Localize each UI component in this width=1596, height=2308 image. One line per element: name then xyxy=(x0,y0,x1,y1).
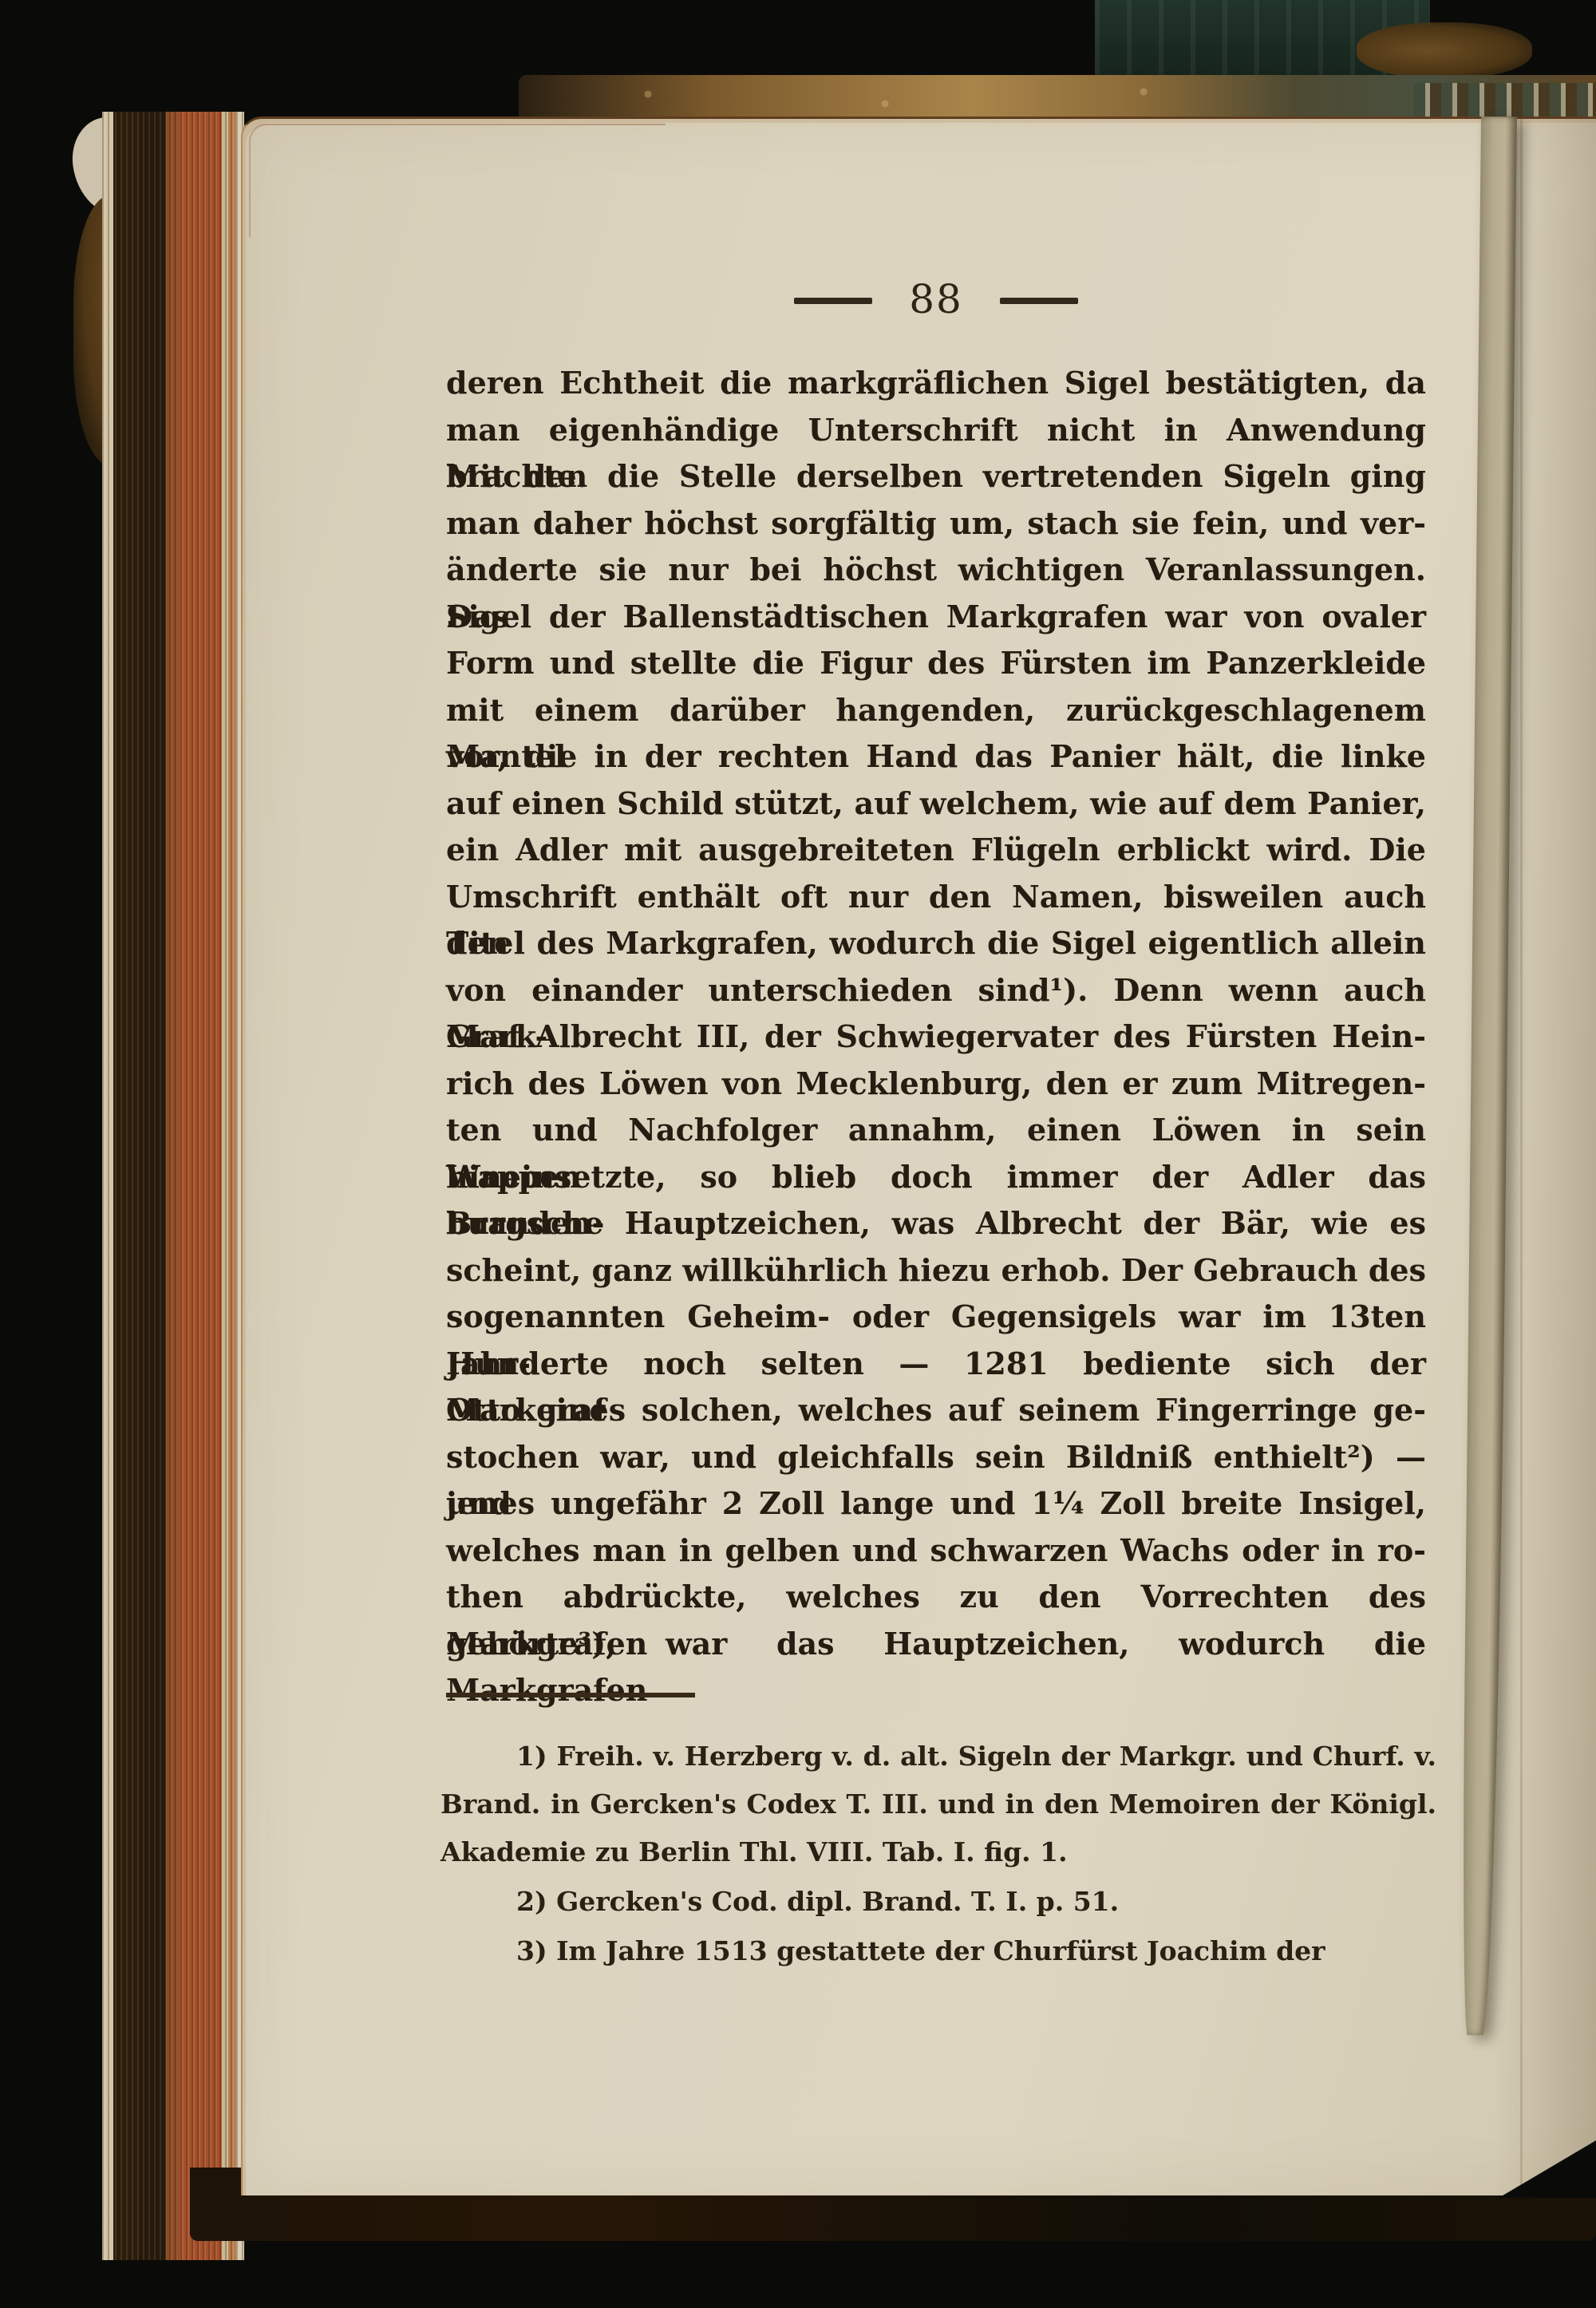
page-header: 88 xyxy=(446,275,1426,326)
page-stack-fore-edge xyxy=(102,112,244,2260)
body-line: burgsche Hauptzeichen, was Albrecht der … xyxy=(446,1200,1426,1247)
book-page: 88 deren Echtheit die markgräflichen Sig… xyxy=(241,117,1596,2195)
page-number: 88 xyxy=(909,279,963,319)
header-rule-left xyxy=(794,298,872,304)
header-rule-right xyxy=(1000,298,1078,304)
body-line: jenes ungefähr 2 Zoll lange und 1¼ Zoll … xyxy=(446,1480,1426,1527)
body-line: Hunderte noch selten — 1281 bediente sic… xyxy=(446,1341,1426,1388)
body-text: deren Echtheit die markgräflichen Sigel … xyxy=(446,360,1426,1667)
body-line: änderte sie nur bei höchst wichtigen Ver… xyxy=(446,547,1426,594)
body-line: ten und Nachfolger annahm, einen Löwen i… xyxy=(446,1107,1426,1154)
body-line: rich des Löwen von Mecklenburg, den er z… xyxy=(446,1061,1426,1108)
body-line: Titel des Markgrafen, wodurch die Sigel … xyxy=(446,920,1426,967)
body-line: Umschrift enthält oft nur den Namen, bis… xyxy=(446,874,1426,921)
footnote-separator xyxy=(446,1693,695,1697)
body-line: auf einen Schild stützt, auf welchem, wi… xyxy=(446,781,1426,828)
body-line: Form und stellte die Figur des Fürsten i… xyxy=(446,640,1426,687)
body-line: von einander unterschieden sind¹). Denn … xyxy=(446,967,1426,1014)
body-line: deren Echtheit die markgräflichen Sigel … xyxy=(446,360,1426,407)
body-line: gehörte³), war das Hauptzeichen, wodurch… xyxy=(446,1621,1426,1668)
book-headband-braid xyxy=(1414,83,1596,118)
body-line: man daher höchst sorgfältig um, stach si… xyxy=(446,500,1426,547)
footnotes: 1) Freih. v. Herzberg v. d. alt. Sigeln … xyxy=(440,1733,1436,1977)
body-line: man eigenhändige Unterschrift nicht in A… xyxy=(446,407,1426,454)
scanned-book-photo: 88 deren Echtheit die markgräflichen Sig… xyxy=(0,0,1596,2308)
body-line: Mit den die Stelle derselben vertretende… xyxy=(446,453,1426,500)
footnote: 3) Im Jahre 1513 gestattete der Churfürs… xyxy=(440,1927,1436,1975)
body-line: sogenannten Geheim- oder Gegensigels war… xyxy=(446,1294,1426,1341)
footnote: 1) Freih. v. Herzberg v. d. alt. Sigeln … xyxy=(440,1733,1436,1876)
body-line: scheint, ganz willkührlich hiezu erhob. … xyxy=(446,1247,1426,1294)
body-line: then abdrückte, welches zu den Vorrechte… xyxy=(446,1574,1426,1621)
body-line: Sigel der Ballenstädtischen Markgrafen w… xyxy=(446,594,1426,641)
body-line: welches man in gelben und schwarzen Wach… xyxy=(446,1527,1426,1575)
body-line: stochen war, und gleichfalls sein Bildni… xyxy=(446,1434,1426,1481)
body-line: mit einem darüber hangenden, zurückgesch… xyxy=(446,687,1426,734)
body-line: Otto eines solchen, welches auf seinem F… xyxy=(446,1387,1426,1434)
body-line: vor, die in der rechten Hand das Panier … xyxy=(446,733,1426,781)
body-line: Graf Albrecht III, der Schwiegervater de… xyxy=(446,1014,1426,1061)
body-line: hineinsetzte, so blieb doch immer der Ad… xyxy=(446,1154,1426,1201)
footnote: 2) Gercken's Cod. dipl. Brand. T. I. p. … xyxy=(440,1878,1436,1926)
body-line: ein Adler mit ausgebreiteten Flügeln erb… xyxy=(446,827,1426,874)
page-crease xyxy=(1520,119,1523,2195)
worn-binding-patch xyxy=(1357,22,1532,78)
